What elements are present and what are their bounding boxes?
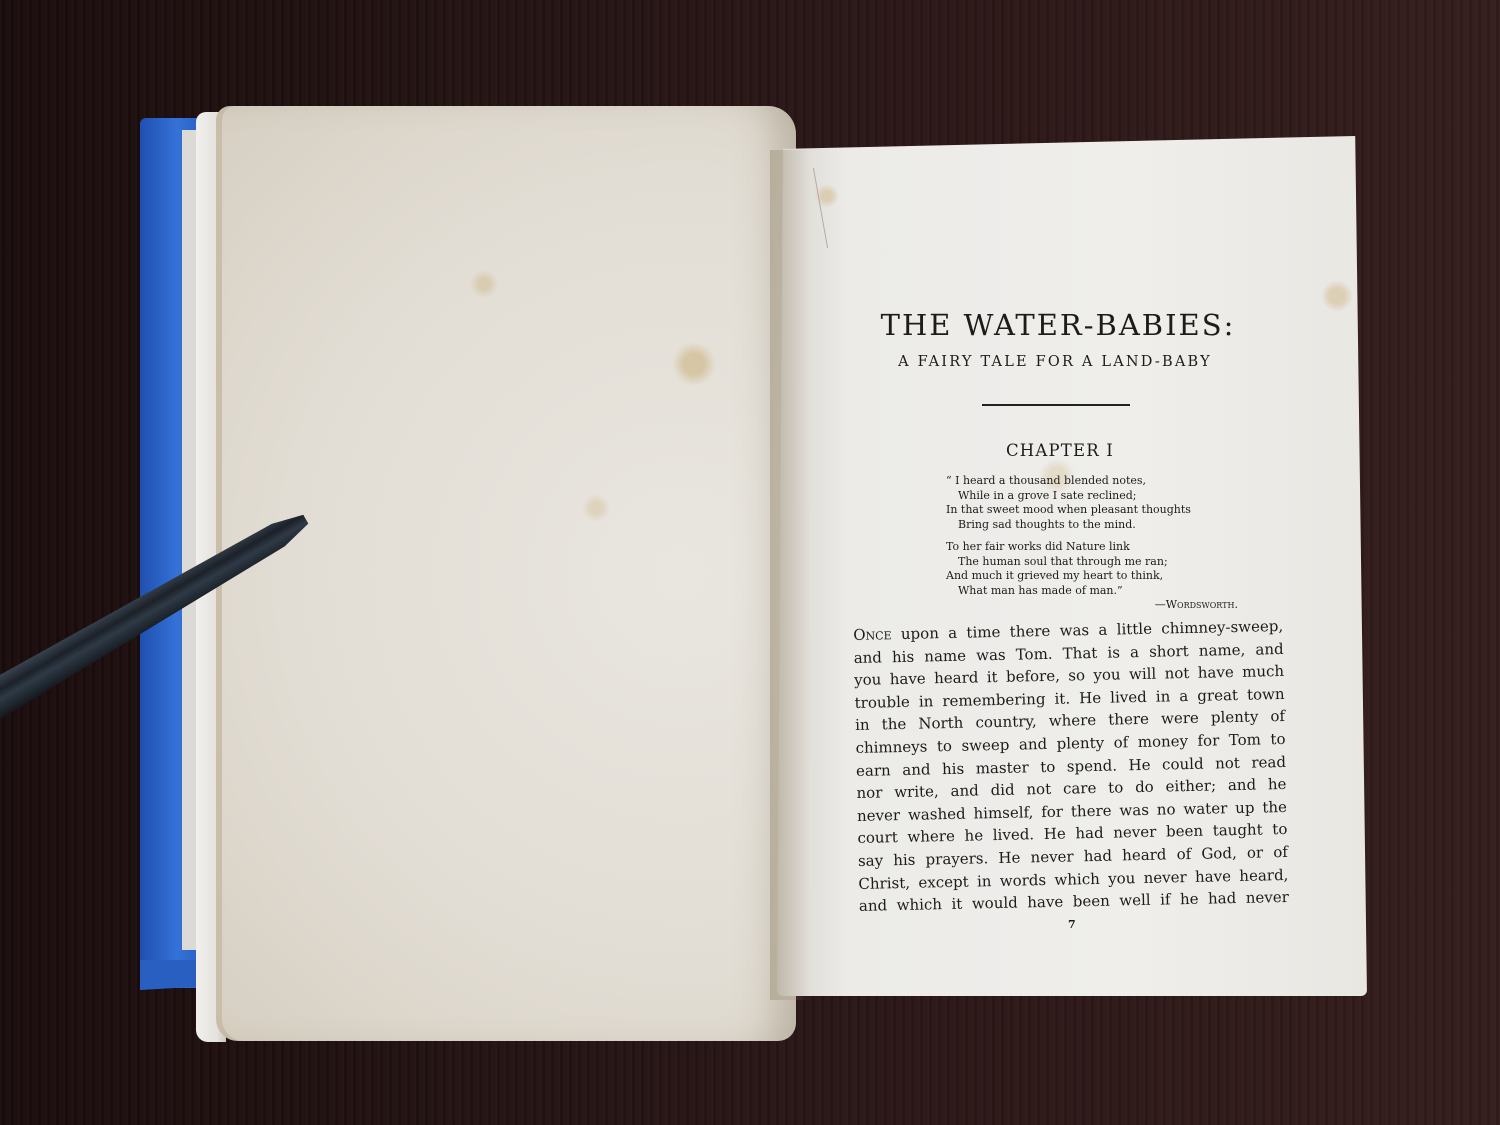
epigraph-attribution: —Wordsworth. [946,598,1246,613]
epigraph-line: “ I heard a thousand blended notes, [946,474,1246,489]
epigraph-line: To her fair works did Nature link [946,540,1246,555]
title-divider-rule [982,404,1130,406]
epigraph: “ I heard a thousand blended notes, Whil… [946,474,1246,613]
epigraph-line: And much it grieved my heart to think, [946,569,1246,584]
page-number: 7 [1068,918,1076,931]
epigraph-line: In that sweet mood when pleasant thought… [946,503,1246,518]
epigraph-line: What man has made of man.” [946,584,1246,599]
epigraph-stanza-1: “ I heard a thousand blended notes, Whil… [946,474,1246,532]
left-page-blank [216,106,796,1041]
epigraph-line: While in a grove I sate reclined; [946,489,1246,504]
epigraph-stanza-2: To her fair works did Nature link The hu… [946,540,1246,598]
book-subtitle: A FAIRY TALE FOR A LAND-BABY [880,354,1230,370]
chapter-body-text: Once upon a time there was a little chim… [853,615,1289,918]
book-title: THE WATER-BABIES: [868,308,1248,342]
epigraph-line: The human soul that through me ran; [946,555,1246,570]
body-first-word: Once [853,625,892,644]
epigraph-line: Bring sad thoughts to the mind. [946,518,1246,533]
chapter-heading: CHAPTER I [960,441,1160,460]
